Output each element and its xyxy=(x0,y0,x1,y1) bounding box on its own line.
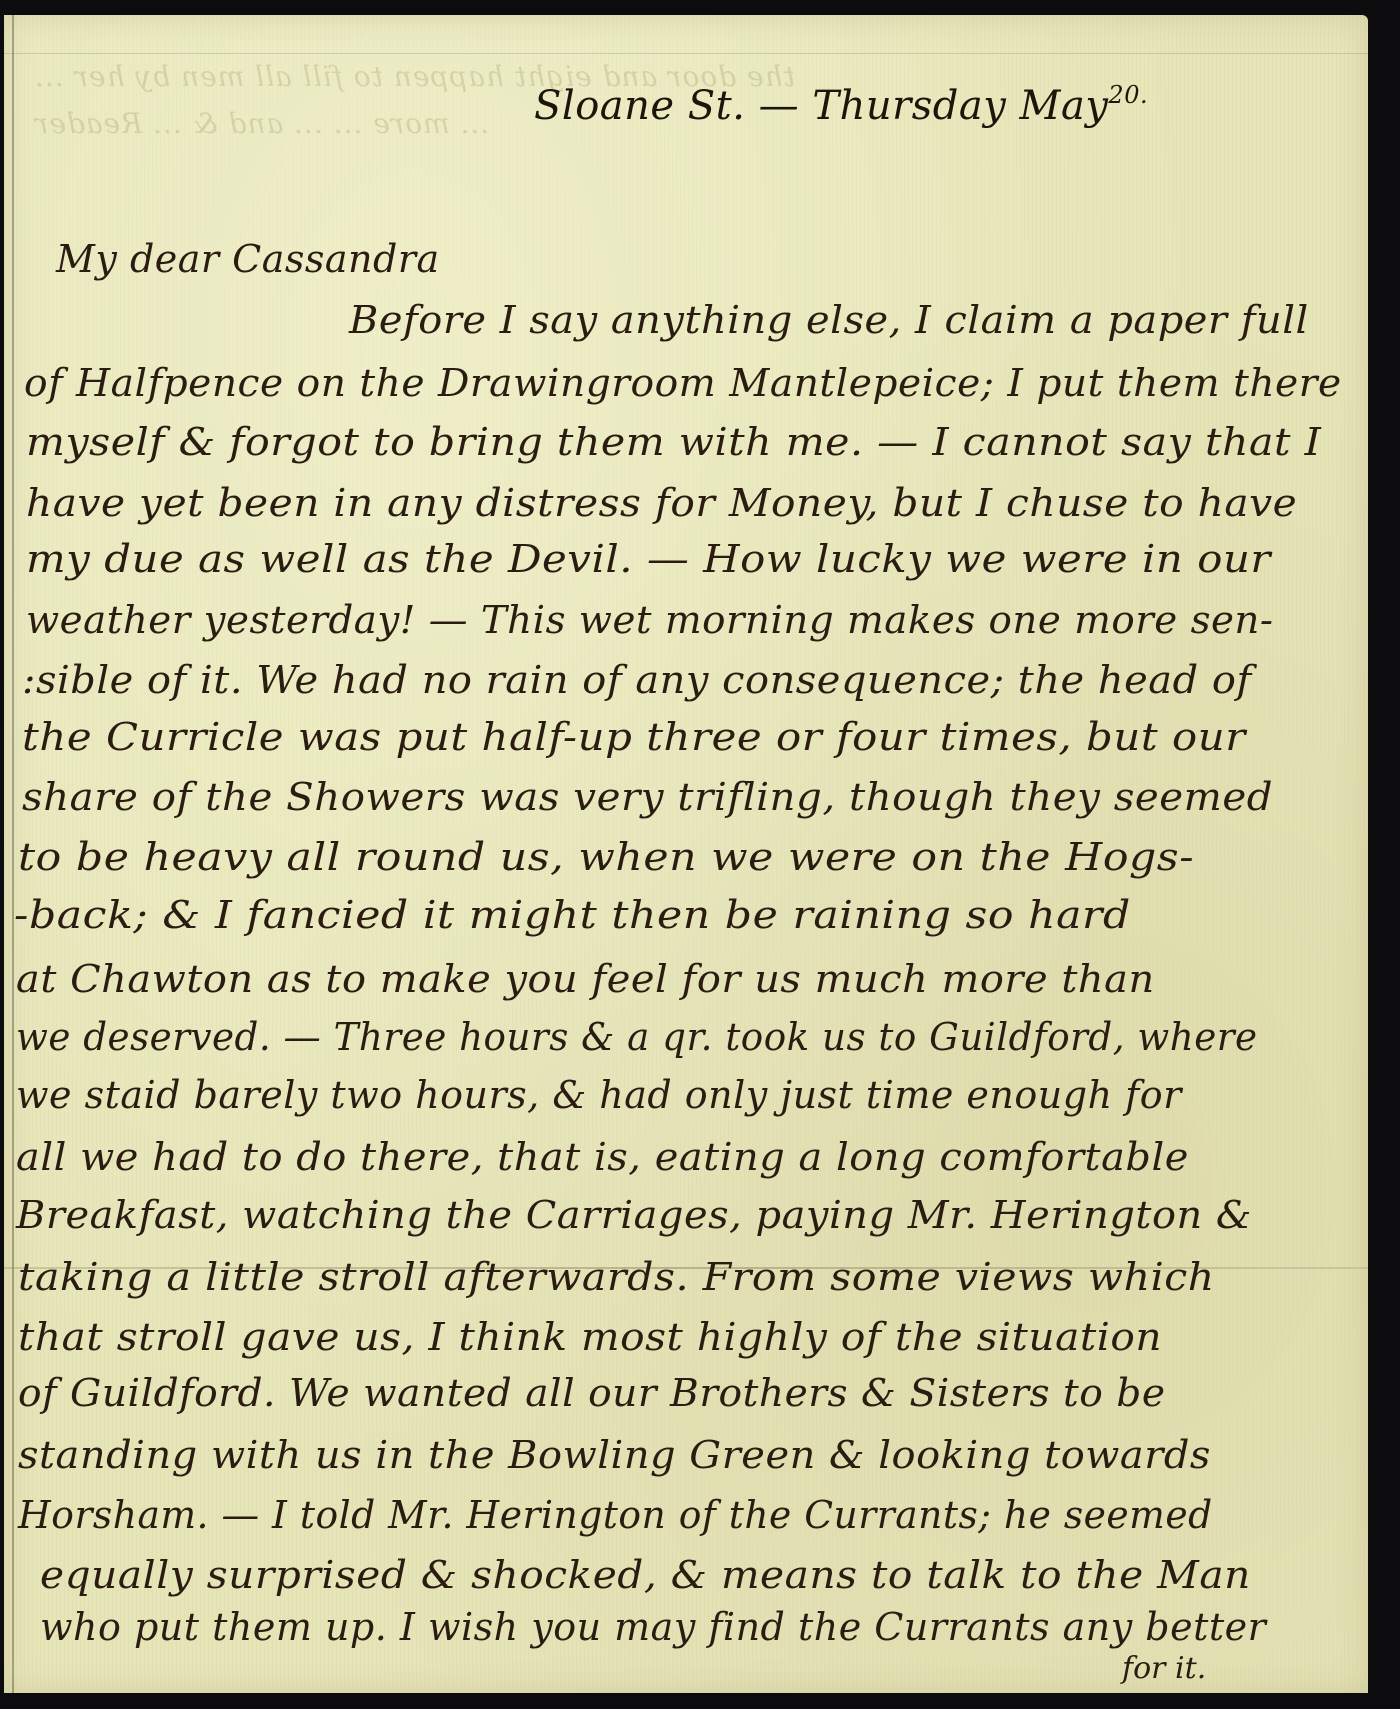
body-line: of Guildford. We wanted all our Brothers… xyxy=(18,1371,1166,1415)
body-line: that stroll gave us, I think most highly… xyxy=(18,1315,1162,1359)
place-date-text: Sloane St. — Thursday May xyxy=(534,83,1108,129)
body-line: all we had to do there, that is, eating … xyxy=(16,1135,1189,1179)
page-edge-shadow xyxy=(12,15,14,1693)
body-line: -back; & I fancied it might then be rain… xyxy=(14,893,1131,937)
letter-page: the door and eight happen to fill all me… xyxy=(4,15,1368,1693)
body-line: we deserved. — Three hours & a qr. took … xyxy=(16,1015,1258,1059)
body-line: Before I say anything else, I claim a pa… xyxy=(349,298,1309,342)
salutation: My dear Cassandra xyxy=(56,237,440,281)
body-line: my due as well as the Devil. — How lucky… xyxy=(26,537,1271,581)
body-line: who put them up. I wish you may find the… xyxy=(40,1605,1266,1649)
body-line: at Chawton as to make you feel for us mu… xyxy=(16,957,1155,1001)
body-line: :sible of it. We had no rain of any cons… xyxy=(22,658,1252,702)
body-line: have yet been in any distress for Money,… xyxy=(26,481,1297,525)
body-line: the Curricle was put half-up three or fo… xyxy=(22,715,1246,759)
body-line: myself & forgot to bring them with me. —… xyxy=(26,420,1321,464)
day-number: 20. xyxy=(1108,81,1148,109)
body-line: to be heavy all round us, when we were o… xyxy=(18,835,1194,879)
body-line: of Halfpence on the Drawingroom Mantlepe… xyxy=(24,361,1342,405)
body-line: standing with us in the Bowling Green & … xyxy=(18,1433,1211,1477)
body-line: weather yesterday! — This wet morning ma… xyxy=(26,598,1274,642)
body-line: we staid barely two hours, & had only ju… xyxy=(16,1073,1182,1117)
body-line: share of the Showers was very trifling, … xyxy=(22,775,1273,819)
body-line: equally surprised & shocked, & means to … xyxy=(40,1553,1251,1597)
bleed-through-text: ... more ... ... and & ... Reader xyxy=(34,107,489,140)
body-line: Breakfast, watching the Carriages, payin… xyxy=(16,1193,1252,1237)
body-line: Horsham. — I told Mr. Herington of the C… xyxy=(18,1493,1213,1537)
fold-crease-top xyxy=(4,53,1368,54)
body-line: taking a little stroll afterwards. From … xyxy=(18,1255,1215,1299)
letter-place-date: Sloane St. — Thursday May20. xyxy=(534,83,1148,129)
line-continuation: for it. xyxy=(1122,1651,1206,1686)
